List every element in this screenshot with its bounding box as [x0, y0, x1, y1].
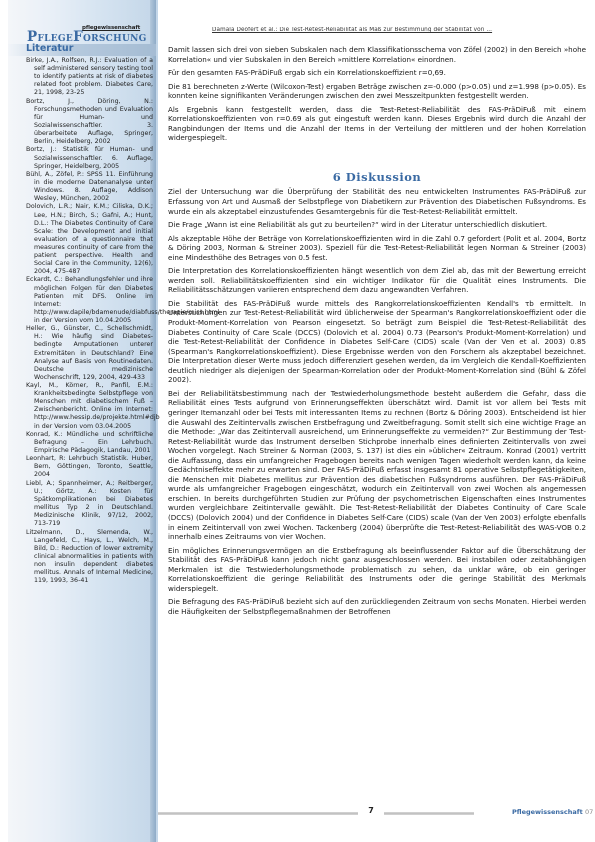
reference-item: Dolovich, L.R.; Nair, K.M.; Ciliska, D.K… — [26, 203, 153, 276]
reference-item: Liebl, A.; Spannheimer, A.; Reitberger, … — [26, 480, 153, 529]
reference-item: Birke, J.A., Rolfsen, R.J.: Evaluation o… — [26, 57, 153, 97]
body-paragraph: Die Befragung des FAS-PräDiFuß bezieht s… — [168, 597, 586, 616]
reference-item: Konrad, K.: Mündliche und schriftliche B… — [26, 431, 153, 455]
section-heading-diskussion: 6 Diskussion — [168, 173, 586, 183]
journal-issue: 07 — [585, 808, 593, 816]
journal-footer: Pflegewissenschaft 07 — [512, 808, 593, 816]
reference-item: Leonhart, R: Lehrbuch Statistik. Huber, … — [26, 455, 153, 479]
body-paragraph: Als akzeptable Höhe der Beträge von Korr… — [168, 234, 586, 263]
reference-list: Birke, J.A., Rolfsen, R.J.: Evaluation o… — [26, 57, 153, 585]
body-paragraph: Ziel der Untersuchung war die Überprüfun… — [168, 187, 586, 216]
body-paragraph: Für den gesamten FAS-PräDiFuß ergab sich… — [168, 68, 586, 78]
body-paragraph: Ein mögliches Erinnerungsvermögen an die… — [168, 546, 586, 594]
body-paragraph: Als Ergebnis kann festgestellt werden, d… — [168, 105, 586, 143]
body-paragraph: Die Interpretation des Korrelationskoeff… — [168, 266, 586, 295]
footer-rule-right — [384, 812, 474, 815]
reference-item: Litzelmann, D., Slemenda, W., Langefeld,… — [26, 529, 153, 586]
reference-item: Heller, G., Günster, C., Schellschmidt, … — [26, 325, 153, 382]
literature-heading: Literatur — [26, 43, 73, 54]
body-paragraph: Damit lassen sich drei von sieben Subska… — [168, 45, 586, 64]
body-paragraph: Bei der Reliabilitätsbestimmung nach der… — [168, 389, 586, 542]
journal-name: Pflegewissenschaft — [512, 808, 583, 816]
body-paragraph: Die Frage „Wann ist eine Reliabilität al… — [168, 220, 586, 230]
reference-item: Bühl, A., Zöfel, P.: SPSS 11. Einführung… — [26, 171, 153, 203]
running-title: Damala Deofert et al.: Die Test-Retest-R… — [212, 27, 594, 33]
reference-item: Eckardt, C.: Behandlungsfehler und ihre … — [26, 276, 153, 325]
reference-item: Bortz, J.: Statistik für Human- und Sozi… — [26, 146, 153, 170]
main-text-column: Damit lassen sich drei von sieben Subska… — [168, 45, 586, 620]
reference-item: Kayl, M., Körner, R., Panfil, E.M.: Kran… — [26, 382, 153, 431]
footer-rule-left — [158, 812, 358, 815]
body-paragraph: Die Stabilität des FAS-PräDiFuß wurde mi… — [168, 299, 586, 385]
body-paragraph: Die 81 berechneten z-Werte (Wilcoxon-Tes… — [168, 82, 586, 101]
page-number: 7 — [360, 806, 382, 815]
reference-item: Bortz, J., Döring, N.: Forschungsmethode… — [26, 98, 153, 147]
